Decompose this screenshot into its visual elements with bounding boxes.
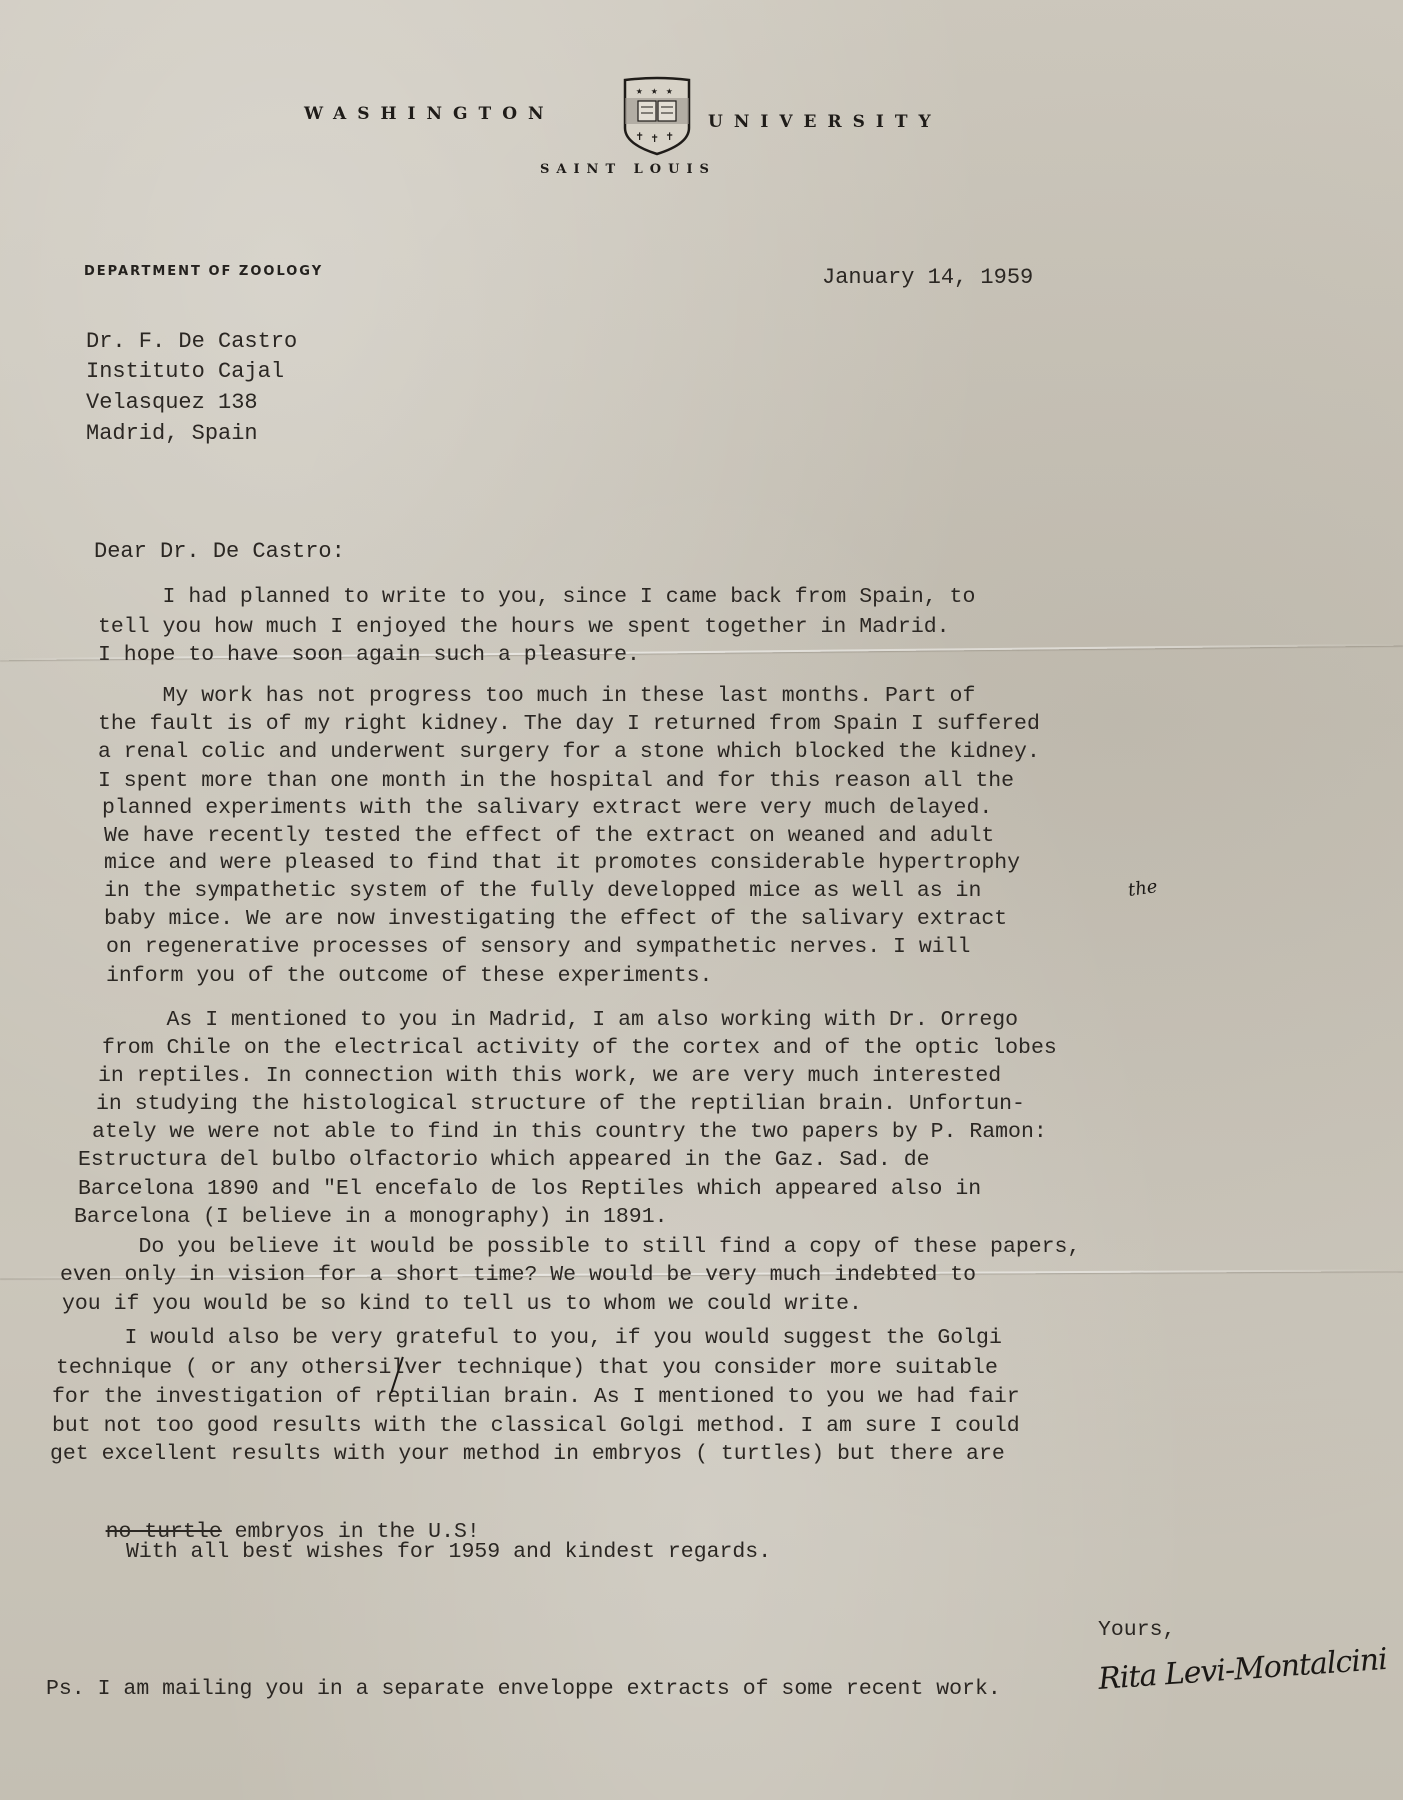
body-line: baby mice. We are now investigating the … bbox=[104, 909, 1007, 931]
letter-date: January 14, 1959 bbox=[822, 267, 1033, 289]
letterhead-city: SAINT LOUIS bbox=[540, 162, 716, 177]
body-line: tell you how much I enjoyed the hours we… bbox=[98, 617, 950, 639]
body-line: Do you believe it would be possible to s… bbox=[74, 1237, 1080, 1259]
university-shield-seal-icon: ★ ★ ★ ✝ ✝ ✝ bbox=[622, 76, 692, 156]
body-line: inform you of the outcome of these exper… bbox=[106, 966, 712, 988]
body-line: a renal colic and underwent surgery for … bbox=[98, 742, 1040, 764]
body-line: planned experiments with the salivary ex… bbox=[102, 798, 992, 820]
letterhead: WASHINGTON ★ ★ ★ ✝ ✝ ✝ UNIVERSITY SAINT … bbox=[300, 70, 1020, 190]
body-line: in the sympathetic system of the fully d… bbox=[104, 881, 981, 903]
valediction: Yours, bbox=[1098, 1620, 1175, 1642]
svg-text:✝: ✝ bbox=[666, 130, 673, 144]
recipient-line: Instituto Cajal bbox=[86, 361, 284, 383]
svg-text:✝: ✝ bbox=[636, 130, 643, 144]
body-line: in reptiles. In connection with this wor… bbox=[98, 1066, 1001, 1088]
salutation: Dear Dr. De Castro: bbox=[94, 541, 345, 563]
recipient-line: Madrid, Spain bbox=[86, 423, 258, 445]
signature: Rita Levi-Montalcini bbox=[1097, 1642, 1388, 1697]
letterhead-left-word: WASHINGTON bbox=[304, 104, 555, 124]
body-line: even only in vision for a short time? We… bbox=[60, 1265, 976, 1287]
body-line: We have recently tested the effect of th… bbox=[104, 826, 994, 848]
letter-paper: WASHINGTON ★ ★ ★ ✝ ✝ ✝ UNIVERSITY SAINT … bbox=[0, 0, 1403, 1800]
letterhead-right-word: UNIVERSITY bbox=[708, 112, 942, 132]
department-name: DEPARTMENT OF ZOOLOGY bbox=[84, 264, 323, 279]
svg-text:★: ★ bbox=[666, 86, 673, 98]
body-line: on regenerative processes of sensory and… bbox=[106, 937, 970, 959]
body-line: Barcelona 1890 and "El encefalo de los R… bbox=[78, 1179, 981, 1201]
body-line: Estructura del bulbo olfactorio which ap… bbox=[78, 1150, 930, 1172]
body-line: the fault is of my right kidney. The day… bbox=[98, 714, 1040, 736]
body-line: I would also be very grateful to you, if… bbox=[60, 1328, 1002, 1350]
body-line: in studying the histological structure o… bbox=[96, 1094, 1025, 1116]
body-line: ately we were not able to find in this c… bbox=[92, 1122, 1047, 1144]
svg-text:★: ★ bbox=[636, 86, 643, 98]
closing-wishes: With all best wishes for 1959 and kindes… bbox=[126, 1542, 771, 1564]
body-line: As I mentioned to you in Madrid, I am al… bbox=[102, 1010, 1018, 1032]
body-line: I hope to have soon again such a pleasur… bbox=[98, 645, 640, 667]
body-line: My work has not progress too much in the… bbox=[98, 686, 975, 708]
handwritten-insert: the bbox=[1127, 876, 1159, 901]
body-line: but not too good results with the classi… bbox=[52, 1416, 1020, 1438]
body-line: mice and were pleased to find that it pr… bbox=[104, 853, 1020, 875]
body-line: I spent more than one month in the hospi… bbox=[98, 771, 1014, 793]
postscript: Ps. I am mailing you in a separate envel… bbox=[46, 1679, 1001, 1701]
body-line: from Chile on the electrical activity of… bbox=[102, 1038, 1057, 1060]
svg-text:★: ★ bbox=[651, 86, 658, 98]
recipient-line: Dr. F. De Castro bbox=[86, 331, 297, 353]
svg-text:✝: ✝ bbox=[651, 132, 658, 146]
body-line: I had planned to write to you, since I c… bbox=[98, 587, 975, 609]
body-line: Barcelona (I believe in a monography) in… bbox=[74, 1207, 668, 1229]
body-line: you if you would be so kind to tell us t… bbox=[62, 1294, 862, 1316]
recipient-line: Velasquez 138 bbox=[86, 392, 258, 414]
body-line: for the investigation of reptilian brain… bbox=[52, 1387, 1020, 1409]
body-line: get excellent results with your method i… bbox=[50, 1444, 1005, 1466]
body-line: technique ( or any othersilver technique… bbox=[56, 1358, 998, 1380]
